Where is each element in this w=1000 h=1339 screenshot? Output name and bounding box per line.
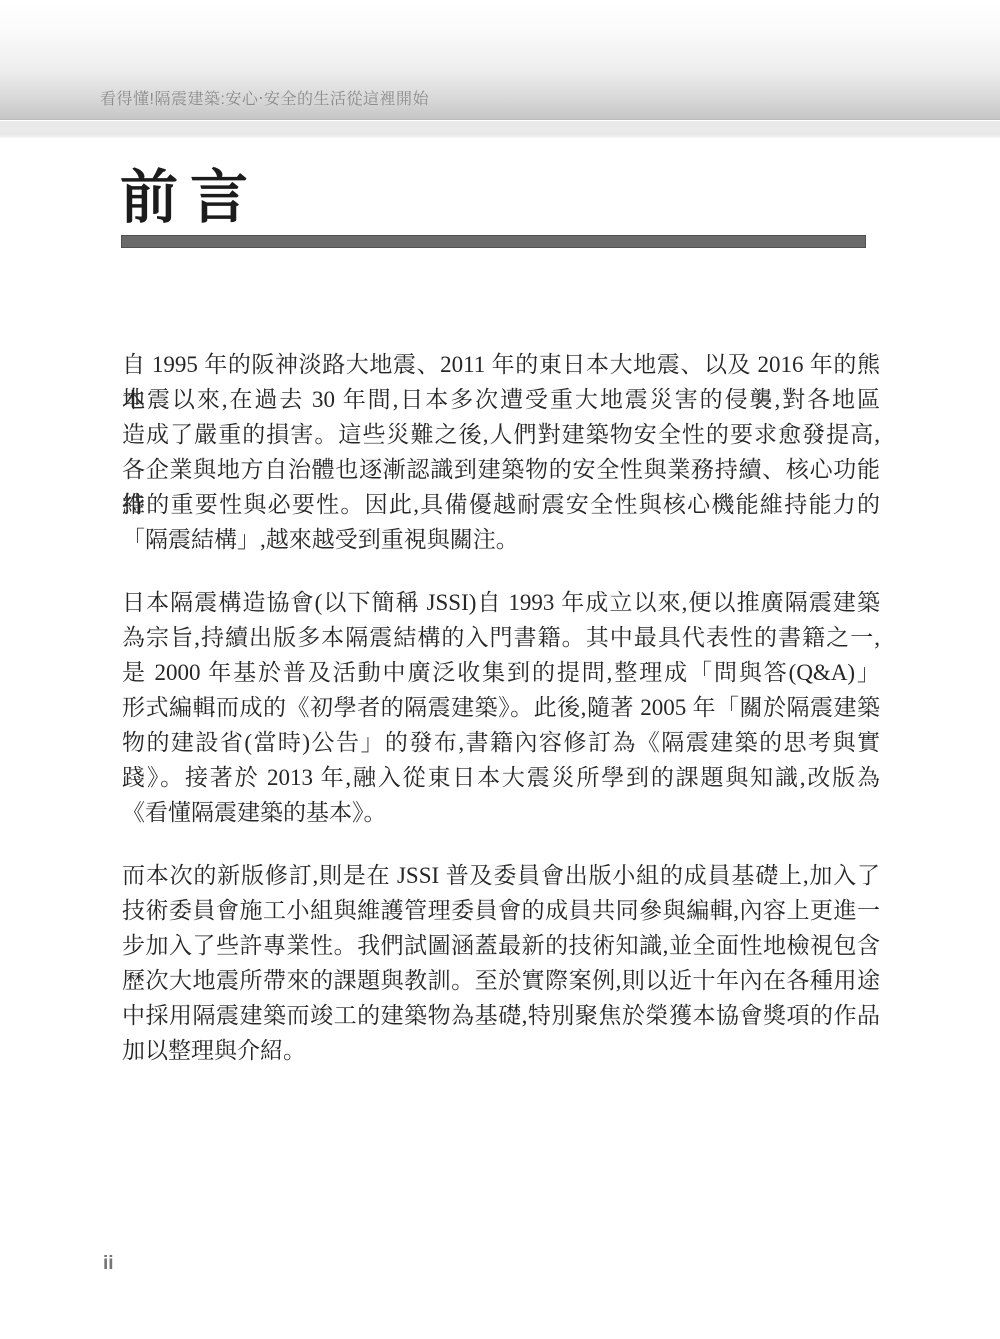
text-line: 步加入了些許專業性。我們試圖涵蓋最新的技術知識,並全面性地檢視包含 [122, 928, 880, 963]
text-line: 而本次的新版修訂,則是在 JSSI 普及委員會出版小組的成員基礎上,加入了 [122, 858, 880, 893]
preface-paragraph-3: 而本次的新版修訂,則是在 JSSI 普及委員會出版小組的成員基礎上,加入了技術委… [122, 858, 880, 1068]
text-line: 加以整理與介紹。 [122, 1033, 880, 1068]
text-line: 中採用隔震建築而竣工的建築物為基礎,特別聚焦於榮獲本協會獎項的作品 [122, 998, 880, 1033]
text-line: 《看懂隔震建築的基本》。 [122, 795, 880, 830]
text-line: 造成了嚴重的損害。這些災難之後,人們對建築物安全性的要求愈發提高, [122, 417, 880, 452]
text-line: 形式編輯而成的《初學者的隔震建築》。此後,隨著 2005 年「關於隔震建築 [122, 690, 880, 725]
text-line: 地震以來,在過去 30 年間,日本多次遭受重大地震災害的侵襲,對各地區 [122, 382, 880, 417]
preface-paragraph-2: 日本隔震構造協會(以下簡稱 JSSI)自 1993 年成立以來,便以推廣隔震建築… [122, 585, 880, 830]
text-line: 是 2000 年基於普及活動中廣泛收集到的提問,整理成「問與答(Q&A)」 [122, 655, 880, 690]
text-line: 歷次大地震所帶來的課題與教訓。至於實際案例,則以近十年內在各種用途 [122, 963, 880, 998]
text-line: 為宗旨,持續出版多本隔震結構的入門書籍。其中最具代表性的書籍之一, [122, 620, 880, 655]
preface-paragraph-1: 自 1995 年的阪神淡路大地震、2011 年的東日本大地震、以及 2016 年… [122, 347, 880, 557]
running-head-book-title: 看得懂!隔震建築:安心‧安全的生活從這裡開始 [100, 86, 429, 109]
text-line: 踐》。接著於 2013 年,融入從東日本大震災所學到的課題與知識,改版為 [122, 760, 880, 795]
chapter-title: 前言 [120, 166, 260, 230]
text-line: 各企業與地方自治體也逐漸認識到建築物的安全性與業務持續、核心功能維 [122, 452, 880, 487]
text-line: 技術委員會施工小組與維護管理委員會的成員共同參與編輯,內容上更進一 [122, 893, 880, 928]
text-line: 日本隔震構造協會(以下簡稱 JSSI)自 1993 年成立以來,便以推廣隔震建築 [122, 585, 880, 620]
text-line: 「隔震結構」,越來越受到重視與關注。 [122, 522, 880, 557]
preface-body: 自 1995 年的阪神淡路大地震、2011 年的東日本大地震、以及 2016 年… [122, 347, 880, 1068]
text-line: 持的重要性與必要性。因此,具備優越耐震安全性與核心機能維持能力的 [122, 487, 880, 522]
text-line: 物的建設省(當時)公告」的發布,書籍內容修訂為《隔震建築的思考與實 [122, 725, 880, 760]
title-rule-bar [121, 235, 866, 248]
text-line: 自 1995 年的阪神淡路大地震、2011 年的東日本大地震、以及 2016 年… [122, 347, 880, 382]
page-header-band [0, 121, 1000, 138]
page-number: ii [103, 1253, 114, 1275]
